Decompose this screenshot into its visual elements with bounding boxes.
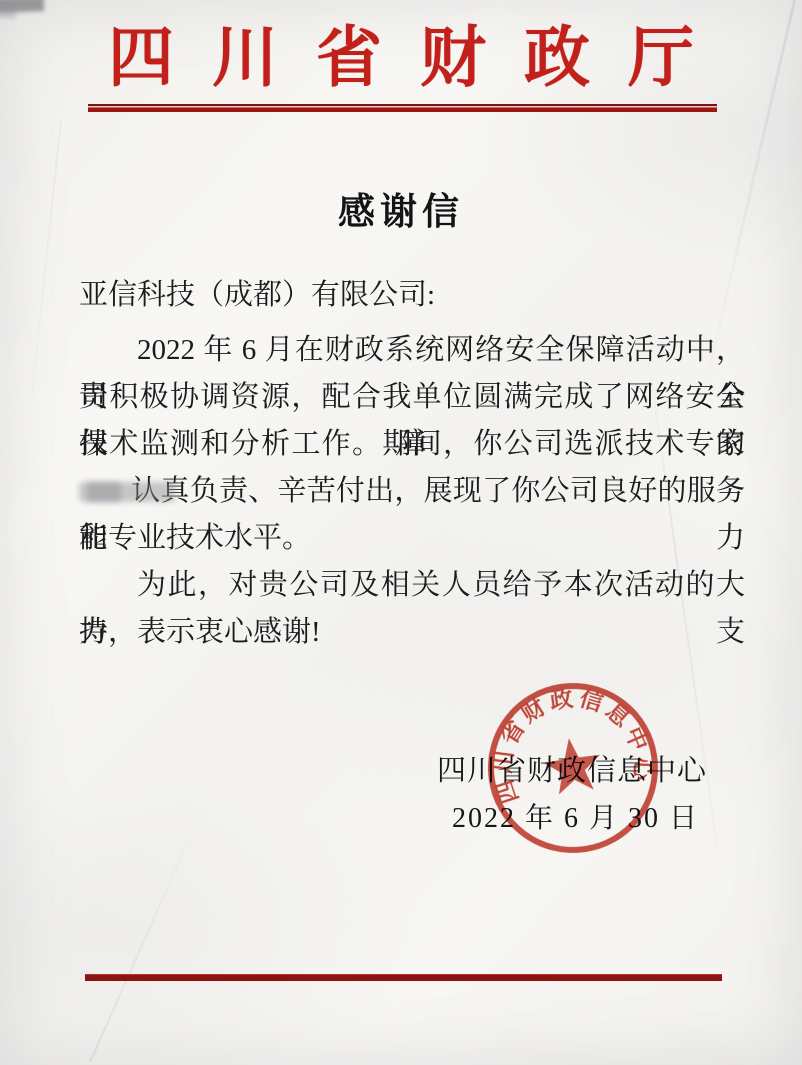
body-line-text: 技术监测和分析工作。期间，你公司选派技术专家	[79, 428, 745, 460]
scanned-letter-page: 四川省财政厅 感谢信 亚信科技（成都）有限公司: 2022 年 6 月在财政系统…	[0, 0, 802, 1065]
redacted-name-blur	[79, 482, 121, 502]
body-line-text: 和专业技术水平。	[79, 522, 311, 554]
document-title: 感谢信	[0, 181, 802, 235]
body-line-text: 持，表示衷心感谢!	[79, 616, 321, 648]
paper-crease	[89, 788, 213, 1063]
paper-crease	[20, 121, 62, 499]
body-line: 认真负责、辛苦付出，展现了你公司良好的服务能力	[79, 468, 745, 515]
body-line: 为此，对贵公司及相关人员给予本次活动的大力支	[79, 562, 745, 609]
recipient-line: 亚信科技（成都）有限公司:	[79, 271, 745, 327]
body-line: 2022 年 6 月在财政系统网络安全保障活动中，贵公	[79, 327, 745, 374]
letterhead-rule	[88, 104, 717, 112]
letterhead-org-name: 四川省财政厅	[19, 24, 802, 93]
body-line: 技术监测和分析工作。期间，你公司选派技术专家	[79, 421, 745, 468]
scan-smudge	[0, 10, 16, 18]
signature-date: 2022 年 6 月 30 日	[452, 796, 699, 836]
letter-body: 亚信科技（成都）有限公司: 2022 年 6 月在财政系统网络安全保障活动中，贵…	[79, 271, 745, 656]
footer-rule	[85, 974, 722, 981]
body-line: 司积极协调资源，配合我单位圆满完成了网络安全保障的	[79, 374, 745, 421]
signature-org: 四川省财政信息中心	[437, 748, 707, 789]
